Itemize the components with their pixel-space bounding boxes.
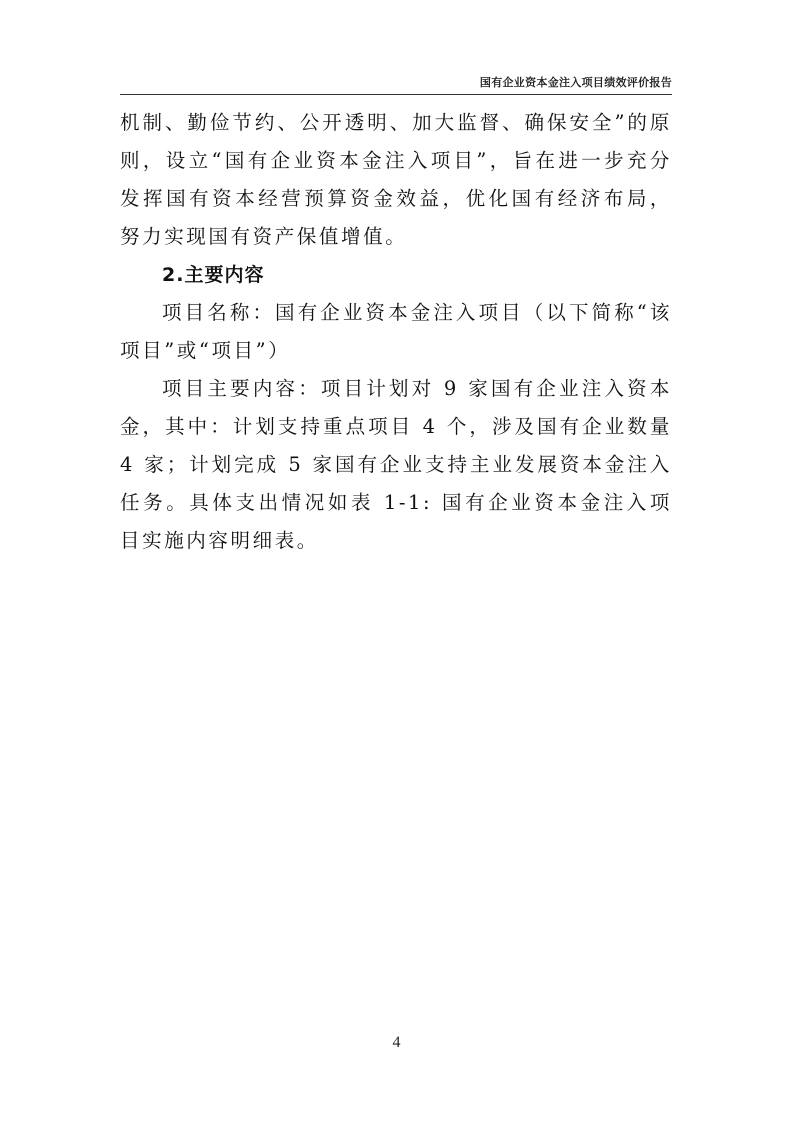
paragraph-principles: 机制、勤俭节约、公开透明、加大监督、确保安全”的原则，设立“国有企业资本金注入项…: [120, 104, 672, 256]
document-body: 机制、勤俭节约、公开透明、加大监督、确保安全”的原则，设立“国有企业资本金注入项…: [120, 104, 672, 560]
running-header: 国有企业资本金注入项目绩效评价报告: [120, 74, 672, 90]
paragraph-project-content: 项目主要内容：项目计划对 9 家国有企业注入资本金，其中：计划支持重点项目 4 …: [120, 370, 672, 560]
header-divider: [120, 94, 672, 95]
section-heading: 2.主要内容: [120, 256, 672, 294]
paragraph-project-name: 项目名称：国有企业资本金注入项目（以下简称“该项目”或“项目”）: [120, 294, 672, 370]
page-number: 4: [0, 1034, 793, 1052]
